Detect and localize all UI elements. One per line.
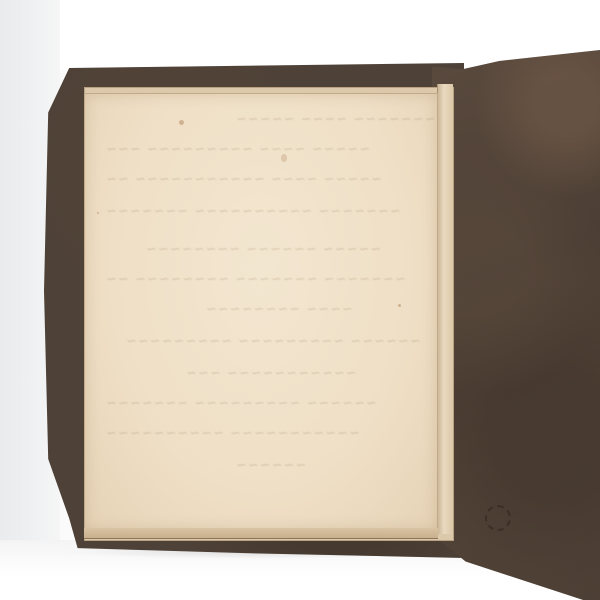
foxing-spot — [179, 120, 184, 125]
ghost-handwriting-line: ~~~~~ ~~~~ ~~~~~~~~~~~ ~~ — [105, 172, 382, 184]
leather-front-flap — [432, 50, 600, 600]
ghost-handwriting-line: ~~~~~~~~~~~ ~~~~~~~~~~ — [105, 426, 360, 438]
ghost-handwriting-line: ~~~~~~~~ ~~~~ ~~~~~ — [235, 112, 438, 124]
open-page: ~~~~~~~~ ~~~~ ~~~~~ ~~~~~ ~~~~ ~~~~~~~~~… — [84, 93, 438, 531]
foxing-spot — [97, 212, 99, 214]
foxing-spot — [398, 304, 401, 307]
ghost-handwriting-line: ~~~~~~~ ~~~~~~~~~~ ~~~~~~~ — [105, 204, 401, 216]
page-bottom-edge — [84, 528, 438, 539]
page-fore-edge — [437, 84, 453, 534]
ghost-handwriting-line: ~~~~~~~~~~~ ~~~ — [185, 366, 357, 378]
ghost-handwriting-line: ~~~~~ ~~~~ ~~~~~~~~~ ~~~ — [105, 142, 370, 154]
ghost-handwriting-line: ~~~~~~ ~~~~~~~~~ ~~~~~~~ — [105, 396, 377, 408]
ghost-handwriting-line: ~~~~ ~~~~~~~~ — [205, 302, 353, 314]
book-photo: ~~~~~~~~ ~~~~ ~~~~~ ~~~~~ ~~~~ ~~~~~~~~~… — [0, 0, 600, 600]
leather-stain — [485, 505, 511, 531]
ghost-handwriting-line: ~~~~~~ ~~~~~~~~~ ~~~~~~~~~ — [125, 334, 421, 346]
ghost-handwriting-line: ~~~~~ ~~~~~~ ~~~~~~~~ — [145, 242, 381, 254]
ghost-handwriting-line: ~~~~~~~ ~~~~~~~ ~~~~~~~~ ~~ — [105, 272, 406, 284]
ghost-handwriting-line: ~~~~~~ — [235, 458, 306, 470]
